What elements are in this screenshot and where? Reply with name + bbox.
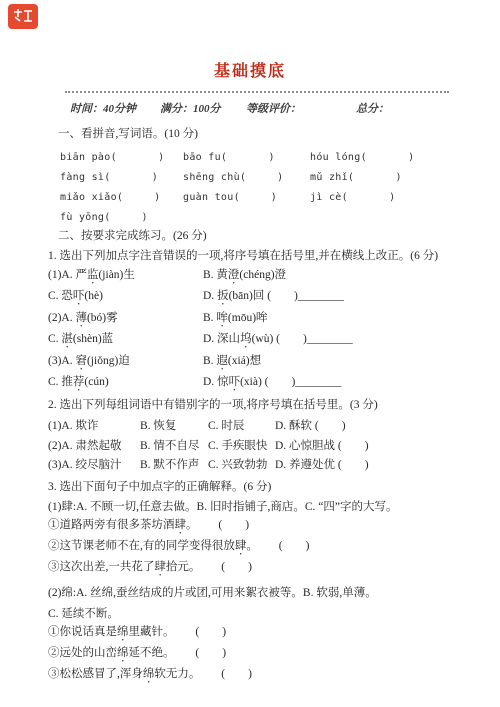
worksheet-content: 一、看拼音,写词语。(10 分) biān pào( ) bāo fu( ) h… <box>0 116 500 686</box>
option-3b: B. 遐(xiá)想 <box>203 352 480 373</box>
word-option: (1)A. 欺诈 <box>48 417 140 437</box>
answer-paren: ( ) <box>221 561 252 573</box>
pinyin-item: miǎo xiǎo( ) <box>60 188 183 208</box>
option-1a: (1)A. 严监(jiàn)生 <box>48 266 203 287</box>
option-2d: D. 深山坞(wù) ( )________ <box>203 330 480 351</box>
answer-paren: ( ) <box>218 519 249 531</box>
option-2c: C. 湛(shèn)蓝 <box>48 330 203 351</box>
q1-prompt: 1. 选出下列加点字注音错误的一项,将序号填在括号里,并在横线上改正。(6 分) <box>48 248 480 265</box>
pinyin-grid: biān pào( ) bāo fu( ) hóu lóng( ) fàng s… <box>60 148 480 228</box>
q3-definition-mian: (2)绵:A. 丝绵,蚕丝结成的片或团,可用来絮衣被等。B. 软弱,单薄。 <box>48 584 480 603</box>
word-option: D. 心惊胆战 ( ) <box>275 437 480 457</box>
q3-definition-mian-c: C. 延续不断。 <box>48 605 480 624</box>
meta-time: 时间：40分钟 <box>70 100 160 116</box>
q3-sentence: ③这次出差,一共花了肆拾元。 ( ) <box>48 558 480 579</box>
meta-full-score: 满分：100分 <box>160 100 246 116</box>
answer-paren: ( ) <box>195 626 226 638</box>
word-option: (3)A. 绞尽脑汁 <box>48 456 140 476</box>
pinyin-item: biān pào( ) <box>60 148 183 168</box>
pinyin-item: mǔ zhǐ( ) <box>310 168 480 188</box>
q3-definition-si: (1)肆:A. 不顾一切,任意去做。B. 旧时指铺子,商店。C. “四”字的大写… <box>48 498 480 517</box>
worksheet-page: 基础摸底 时间：40分钟 满分：100分 等级评价： 总分： 一、看拼音,写词语… <box>0 0 500 707</box>
q2-row-3: (3)A. 绞尽脑汁 B. 默不作声 C. 兴致勃勃 D. 养遵处优 ( ) <box>48 456 480 476</box>
option-1d: D. 扳(bān)回 ( )________ <box>203 287 480 308</box>
word-option: C. 手疾眼快 <box>208 437 275 457</box>
q1-group-1: (1)A. 严监(jiàn)生 B. 黄澄(chéng)澄 C. 恐吓(hè) … <box>48 266 480 308</box>
word-option: C. 时辰 <box>208 417 275 437</box>
answer-paren: ( ) <box>279 540 310 552</box>
q1-group-2: (2)A. 薄(bó)雾 B. 哞(mōu)哞 C. 湛(shèn)蓝 D. 深… <box>48 309 480 351</box>
pinyin-item: bāo fu( ) <box>183 148 310 168</box>
q3-sentence: ②这节课老师不在,有的同学变得很放肆。 ( ) <box>48 537 480 558</box>
q3-sentence: ③松松感冒了,浑身绵软无力。 ( ) <box>48 665 480 686</box>
q3-sentence: ②远处的山峦绵延不绝。 ( ) <box>48 644 480 665</box>
pinyin-item: hóu lóng( ) <box>310 148 480 168</box>
q3-sentence: ①道路两旁有很多茶坊酒肆。 ( ) <box>48 516 480 537</box>
dotted-divider <box>65 91 449 93</box>
exam-meta-row: 时间：40分钟 满分：100分 等级评价： 总分： <box>70 100 500 116</box>
option-3d: D. 惊吓(xià) ( )________ <box>203 373 480 394</box>
q3-sentence: ①你说话真是绵里藏针。 ( ) <box>48 623 480 644</box>
pinyin-item: fàng sì( ) <box>60 168 183 188</box>
pinyin-item: jì cè( ) <box>310 188 480 208</box>
word-option: D. 养遵处优 ( ) <box>275 456 480 476</box>
q1-group-3: (3)A. 窘(jiǒng)迫 B. 遐(xiá)想 C. 推荐(cún) D.… <box>48 352 480 394</box>
page-title: 基础摸底 <box>0 0 500 81</box>
word-option: B. 恢复 <box>140 417 208 437</box>
q2-row-1: (1)A. 欺诈 B. 恢复 C. 时辰 D. 酥软 ( ) <box>48 417 480 437</box>
option-1c: C. 恐吓(hè) <box>48 287 203 308</box>
word-option: (2)A. 肃然起敬 <box>48 437 140 457</box>
pinyin-item: shēng chù( ) <box>183 168 310 188</box>
word-option: D. 酥软 ( ) <box>275 417 480 437</box>
option-1b: B. 黄澄(chéng)澄 <box>203 266 480 287</box>
meta-total: 总分： <box>356 100 389 116</box>
word-option: C. 兴致勃勃 <box>208 456 275 476</box>
answer-paren: ( ) <box>195 647 226 659</box>
option-3c: C. 推荐(cún) <box>48 373 203 394</box>
option-3a: (3)A. 窘(jiǒng)迫 <box>48 352 203 373</box>
q3-prompt: 3. 选出下面句子中加点字的正确解释。(6 分) <box>48 479 480 496</box>
pinyin-item: fù yōng( ) <box>60 208 183 228</box>
option-2a: (2)A. 薄(bó)雾 <box>48 309 203 330</box>
meta-grade: 等级评价： <box>246 100 356 116</box>
section2-heading: 二、按要求完成练习。(26 分) <box>58 228 480 245</box>
pinyin-item: guàn tou( ) <box>183 188 310 208</box>
q2-row-2: (2)A. 肃然起敬 B. 情不自尽 C. 手疾眼快 D. 心惊胆战 ( ) <box>48 437 480 457</box>
word-option: B. 情不自尽 <box>140 437 208 457</box>
badge-icon <box>12 8 34 25</box>
section1-heading: 一、看拼音,写词语。(10 分) <box>58 126 480 143</box>
option-2b: B. 哞(mōu)哞 <box>203 309 480 330</box>
q2-prompt: 2. 选出下列每组词语中有错别字的一项,将序号填在括号里。(3 分) <box>48 397 480 414</box>
corner-badge <box>8 4 38 29</box>
answer-paren: ( ) <box>221 668 252 680</box>
word-option: B. 默不作声 <box>140 456 208 476</box>
